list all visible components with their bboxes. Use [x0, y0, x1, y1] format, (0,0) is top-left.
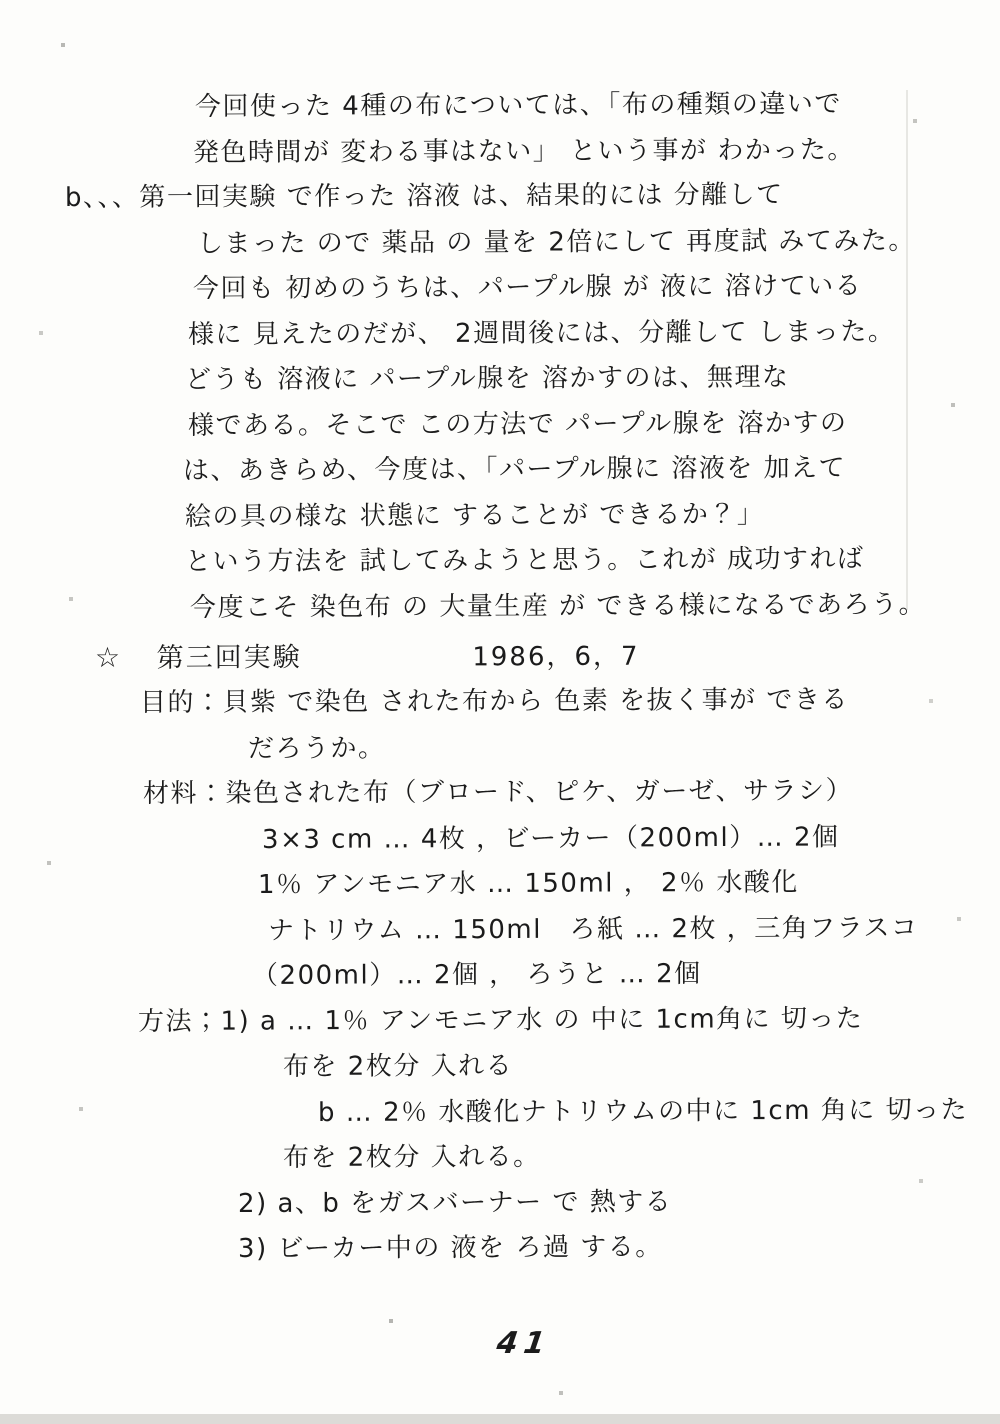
handwritten-line: 布を 2枚分 入れる — [283, 1042, 1000, 1091]
handwritten-line: b、、、第一回実験 で作った 溶液 は、結果的には 分離して — [65, 172, 1000, 222]
handwritten-line: ナトリウム … 150ml ろ紙 … 2枚 ，三角フラスコ — [268, 905, 1000, 954]
purpose-section: 目的：貝紫 で染色 された布から 色素 を抜く事が できるだろうか。 — [0, 681, 1000, 772]
handwritten-line: という方法を 試してみようと思う。これが 成功すれば — [185, 536, 1000, 585]
experiment-header: ☆ 第三回実験 1986，6，7 — [95, 631, 1000, 681]
handwritten-line: （200ml）… 2個 ， ろうと … 2個 — [252, 951, 1000, 1000]
handwritten-line: 1％ アンモニア水 … 150ml ， 2％ 水酸化 — [258, 860, 1000, 909]
experiment-title: 第三回実験 — [157, 642, 302, 674]
scanned-document-page: 今回使った 4種の布については、「布の種類の違いで発色時間が 変わる事はない」 … — [0, 0, 1000, 1424]
star-icon: ☆ — [95, 641, 122, 674]
handwritten-line: 様である。そこで この方法で パープル腺を 溶かすの — [188, 400, 1000, 449]
handwritten-line: 様に 見えたのだが、 2週間後には、分離して しまった。 — [188, 309, 1000, 358]
handwritten-line: しまった ので 薬品 の 量を 2倍にして 再度試 みてみた。 — [197, 218, 1000, 267]
experiment-date: 1986，6，7 — [472, 642, 639, 673]
method-section: 方法；1) a … 1％ アンモニア水 の 中に 1cm角に 切った布を 2枚分… — [0, 1000, 1000, 1273]
handwritten-line: 目的：貝紫 で染色 された布から 色素 を抜く事が できる — [140, 677, 1000, 726]
materials-section: 材料：染色された布（ブロード、ピケ、ガーゼ、サラシ）3×3 cm … 4枚 ，ビ… — [0, 772, 1000, 1000]
handwritten-line: だろうか。 — [248, 723, 1000, 772]
scan-noise — [0, 0, 2, 2]
handwritten-line: 材料：染色された布（ブロード、ピケ、ガーゼ、サラシ） — [143, 768, 1000, 817]
handwritten-line: どうも 溶液に パープル腺を 溶かすのは、無理な — [185, 354, 1000, 403]
handwritten-line: 3×3 cm … 4枚 ，ビーカー（200ml）… 2個 — [262, 814, 1000, 863]
handwritten-line: 絵の具の様な 状態に することが できるか？」 — [185, 491, 1000, 540]
page-number: 41 — [495, 1326, 554, 1361]
handwritten-line: 方法；1) a … 1％ アンモニア水 の 中に 1cm角に 切った — [138, 996, 1000, 1045]
handwritten-line: b … 2％ 水酸化ナトリウムの中に 1cm 角に 切った — [318, 1088, 1000, 1136]
handwritten-line: は、あきらめ、今度は、「パープル腺に 溶液を 加えて — [183, 445, 1000, 494]
handwritten-line: 今度こそ 染色布 の 大量生産 が できる様になるであろう。 — [190, 582, 1000, 631]
handwritten-line: 3) ビーカー中の 液を ろ過 する。 — [238, 1224, 1000, 1273]
conclusion-paragraph: 今回使った 4種の布については、「布の種類の違いで発色時間が 変わる事はない」 … — [0, 85, 1000, 631]
scan-bottom-edge — [0, 1414, 1000, 1424]
handwritten-line: 布を 2枚分 入れる。 — [283, 1133, 1000, 1182]
handwritten-line: 今回使った 4種の布については、「布の種類の違いで — [195, 81, 1000, 130]
handwritten-line: 今回も 初めのうちは、パープル腺 が 液に 溶けている — [193, 263, 1000, 312]
handwritten-line: 2) a、b をガスバーナー で 熱する — [238, 1178, 1000, 1227]
handwritten-line: 発色時間が 変わる事はない」 という事が わかった。 — [193, 127, 1000, 176]
